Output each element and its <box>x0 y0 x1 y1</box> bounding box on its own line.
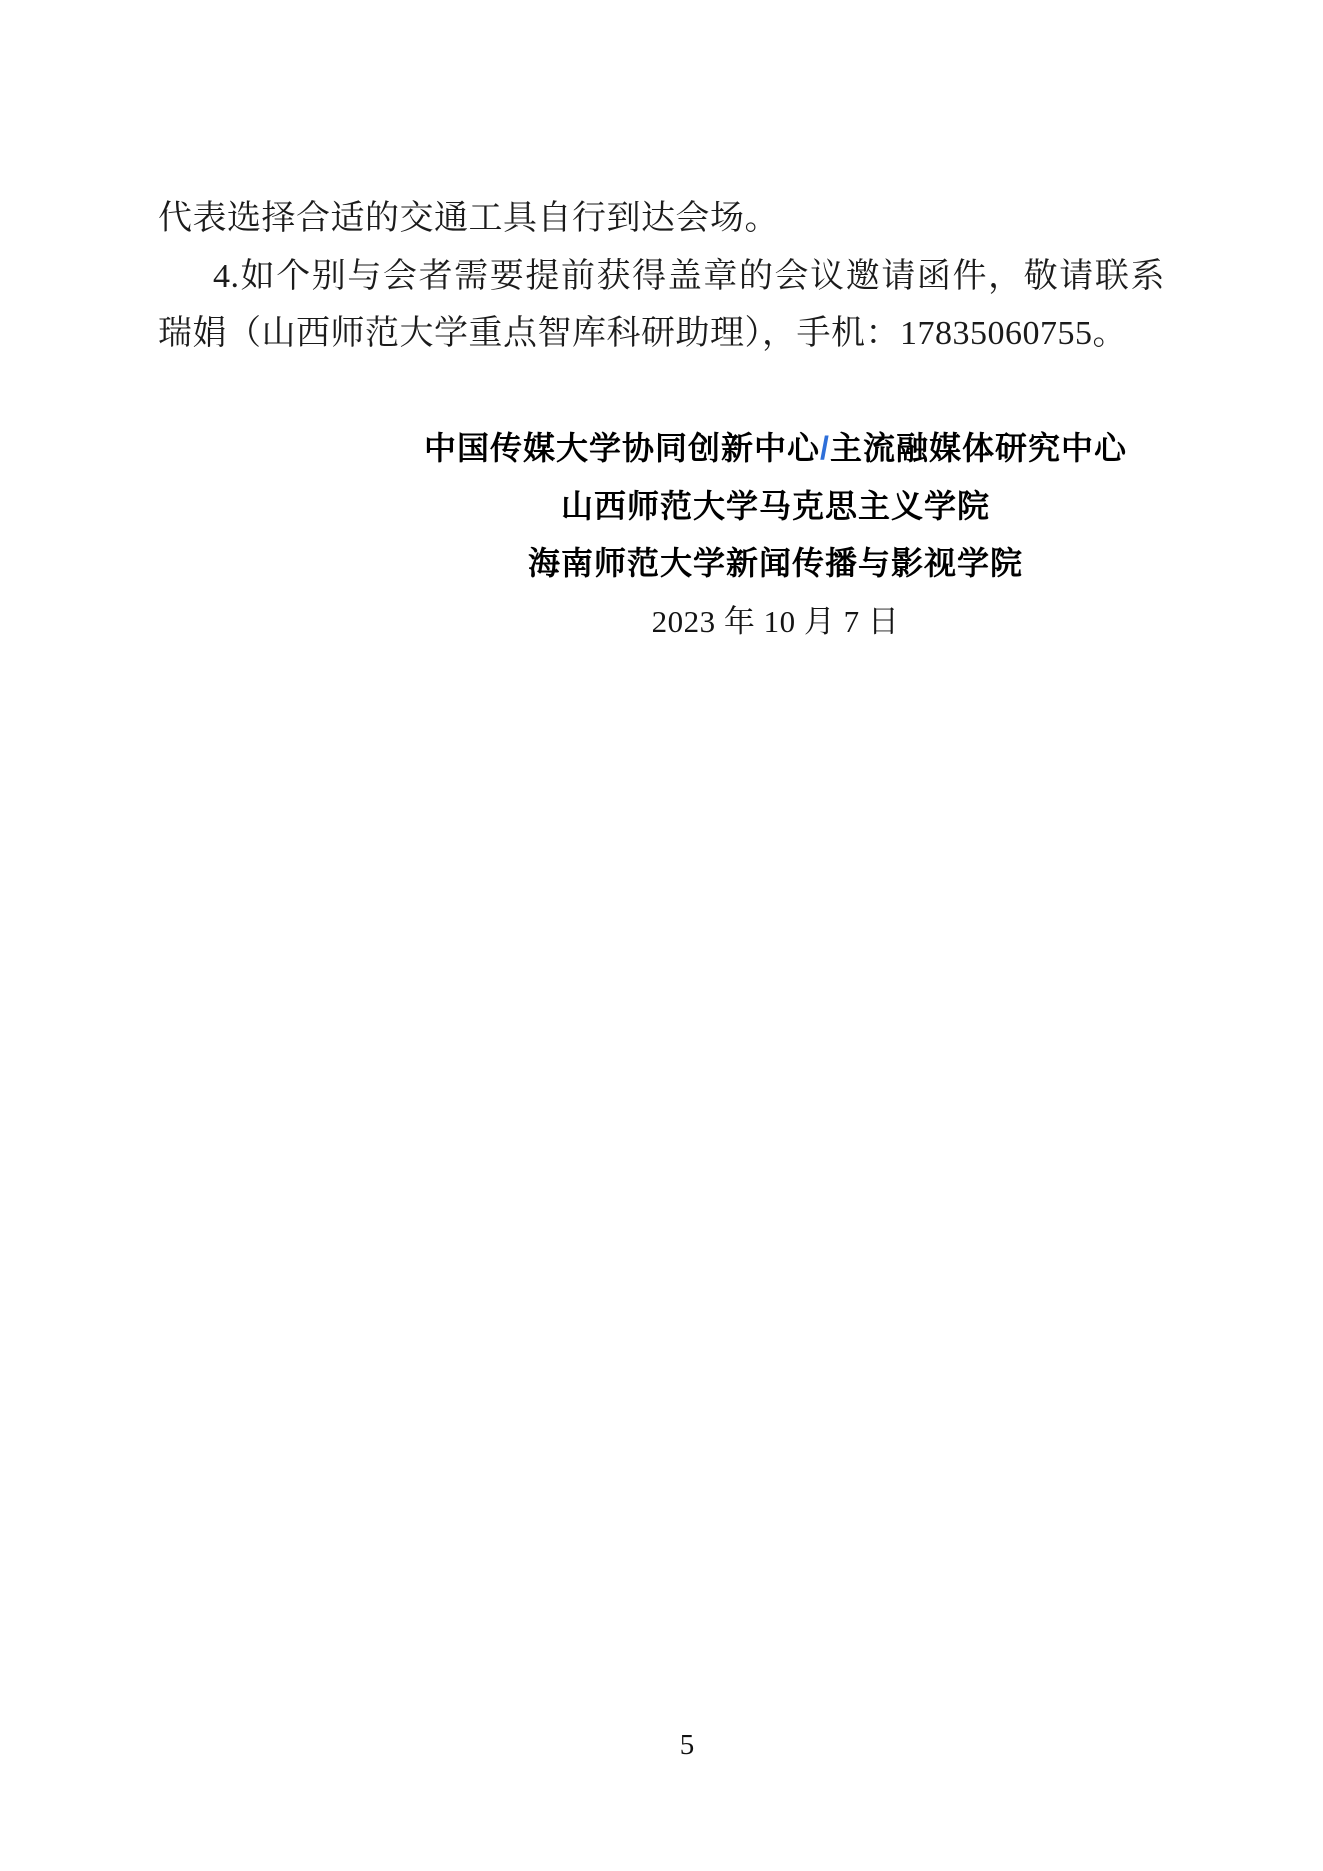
page-number: 5 <box>680 1729 695 1761</box>
signature-date: 2023 年 10 月 7 日 <box>386 593 1165 651</box>
org1-name-part2: 主流融媒体研究中心 <box>830 430 1127 466</box>
org-line-3: 海南师范大学新闻传播与影视学院 <box>386 535 1165 593</box>
org1-name-part1: 中国传媒大学协同创新中心 <box>424 430 820 466</box>
paragraph-invitation-line2: 瑞娟（山西师范大学重点智库科研助理），手机：17835060755。 <box>158 305 1165 363</box>
body-text-block: 代表选择合适的交通工具自行到达会场。 4.如个别与会者需要提前获得盖章的会议邀请… <box>158 190 1165 650</box>
document-page: 代表选择合适的交通工具自行到达会场。 4.如个别与会者需要提前获得盖章的会议邀请… <box>0 0 1323 1871</box>
paragraph-transport-line: 代表选择合适的交通工具自行到达会场。 <box>158 190 1165 248</box>
org-line-1: 中国传媒大学协同创新中心/主流融媒体研究中心 <box>386 420 1165 478</box>
blank-line <box>158 363 1165 421</box>
paragraph-invitation-line1: 4.如个别与会者需要提前获得盖章的会议邀请函件，敬请联系会务组梁 <box>158 248 1165 306</box>
org-line-2: 山西师范大学马克思主义学院 <box>386 478 1165 536</box>
signature-block: 中国传媒大学协同创新中心/主流融媒体研究中心 山西师范大学马克思主义学院 海南师… <box>386 420 1165 650</box>
org1-slash: / <box>820 430 830 466</box>
